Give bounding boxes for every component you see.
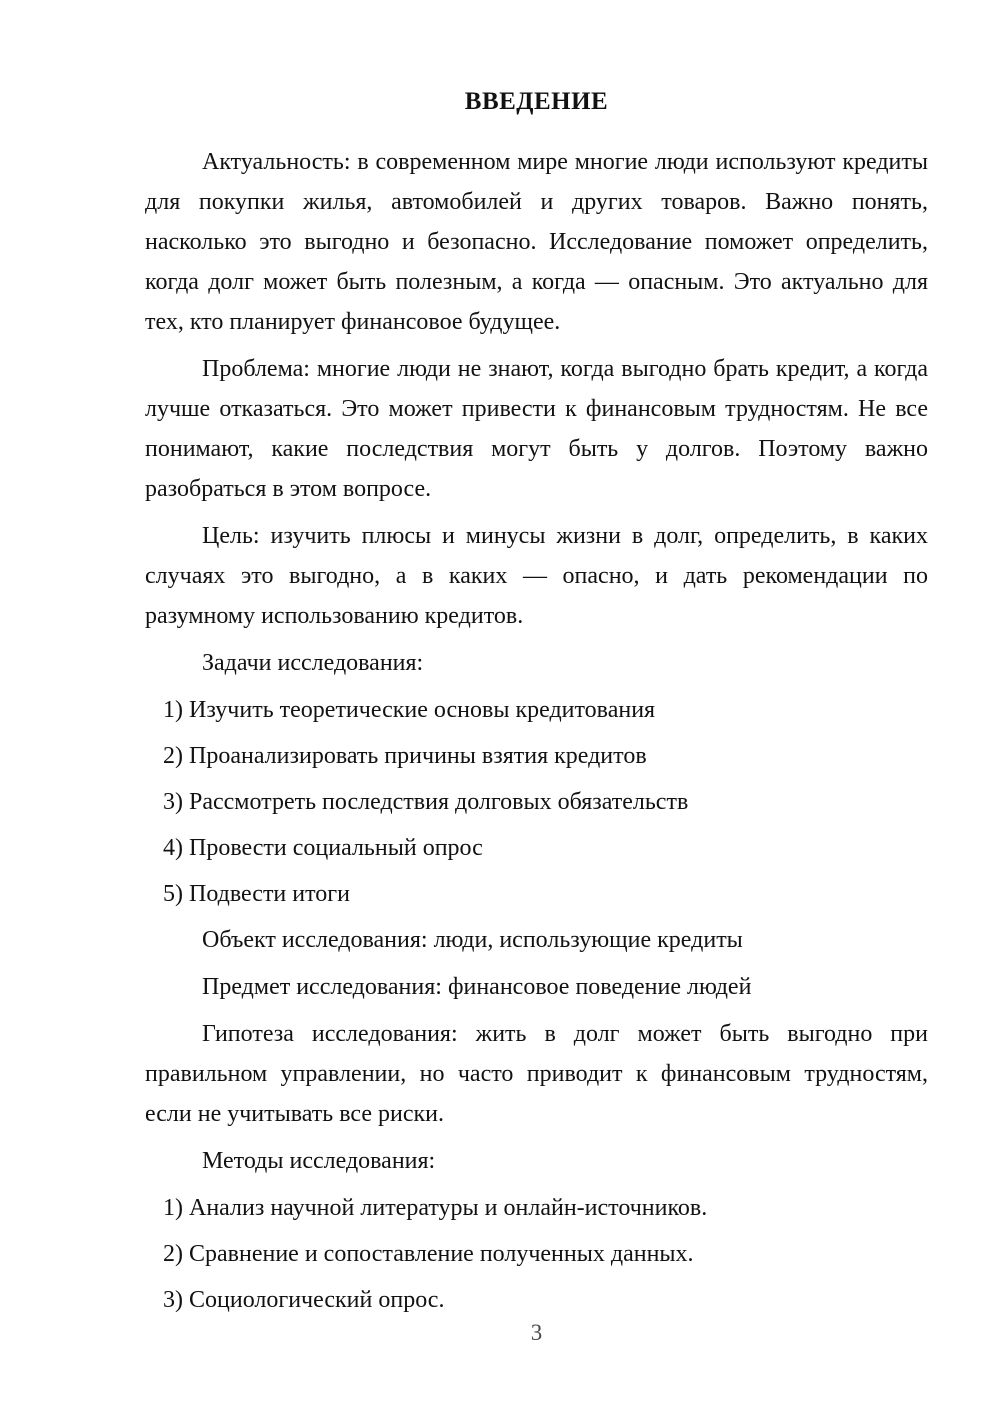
task-item-5: 5) Подвести итоги — [145, 874, 928, 914]
paragraph-goal: Цель: изучить плюсы и минусы жизни в дол… — [145, 516, 928, 636]
page-number: 3 — [145, 1320, 928, 1346]
paragraph-object: Объект исследования: люди, использующие … — [145, 920, 928, 960]
paragraph-hypothesis: Гипотеза исследования: жить в долг может… — [145, 1014, 928, 1134]
tasks-heading: Задачи исследования: — [145, 643, 928, 683]
method-item-1: 1) Анализ научной литературы и онлайн-ис… — [145, 1188, 928, 1228]
task-item-1: 1) Изучить теоретические основы кредитов… — [145, 690, 928, 730]
methods-heading: Методы исследования: — [145, 1141, 928, 1181]
task-item-2: 2) Проанализировать причины взятия креди… — [145, 736, 928, 776]
method-item-2: 2) Сравнение и сопоставление полученных … — [145, 1234, 928, 1274]
paragraph-actuality: Актуальность: в современном мире многие … — [145, 142, 928, 342]
paragraph-problem: Проблема: многие люди не знают, когда вы… — [145, 349, 928, 509]
page-title: ВВЕДЕНИЕ — [145, 88, 928, 116]
task-item-3: 3) Рассмотреть последствия долговых обяз… — [145, 782, 928, 822]
paragraph-subject: Предмет исследования: финансовое поведен… — [145, 967, 928, 1007]
method-item-3: 3) Социологический опрос. — [145, 1280, 928, 1320]
document-page: ВВЕДЕНИЕ Актуальность: в современном мир… — [0, 0, 1000, 1414]
document-content: ВВЕДЕНИЕ Актуальность: в современном мир… — [145, 88, 928, 1326]
task-item-4: 4) Провести социальный опрос — [145, 828, 928, 868]
